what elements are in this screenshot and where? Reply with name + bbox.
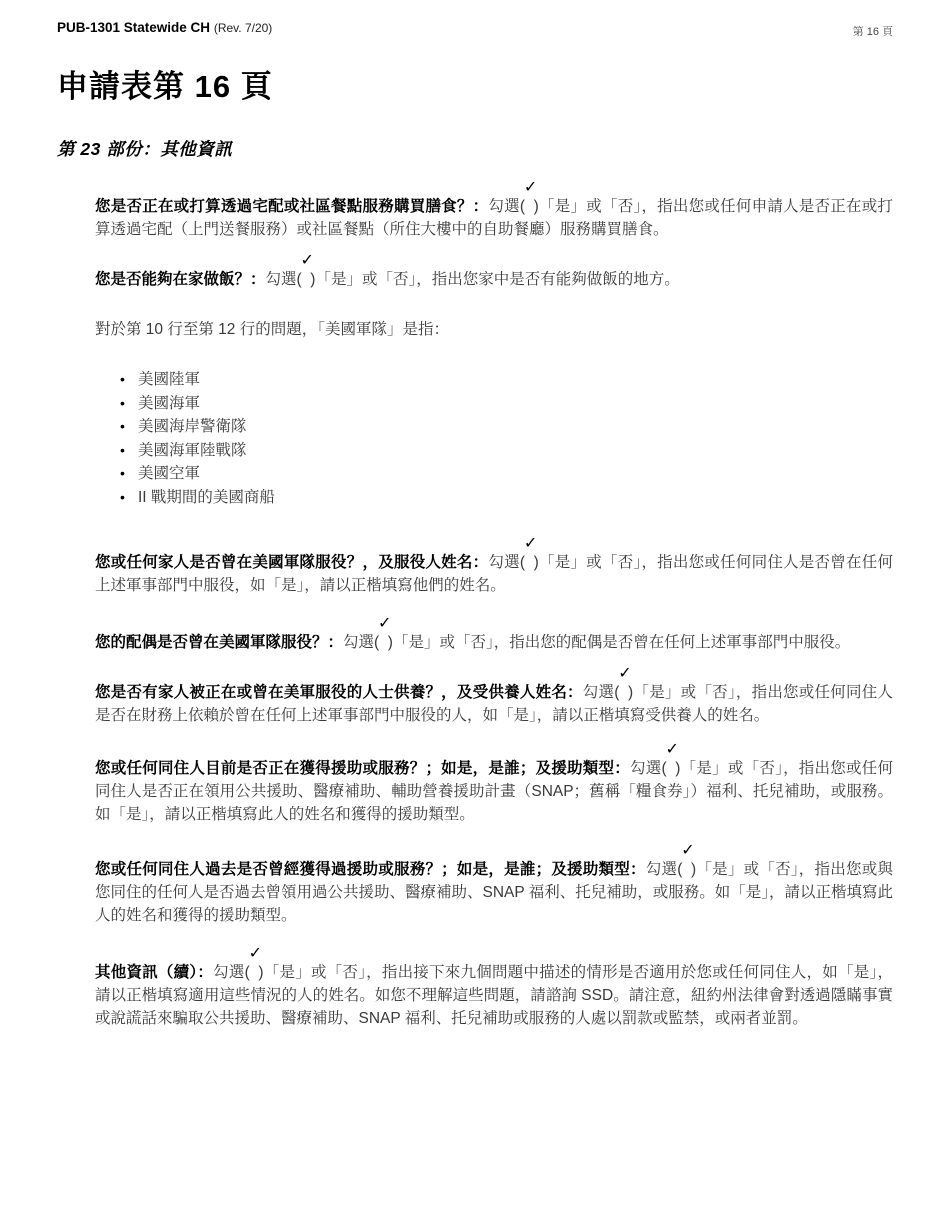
instruction-paragraph-spouse-service: 您的配偶是否曾在美國軍隊服役？：勾選✓( )「是」或「否」，指出您的配偶是否曾在… [95,631,893,654]
paren-blank: ( ) [520,554,539,571]
body-text: 勾選 [646,861,677,878]
body-text: 勾選 [343,634,374,651]
question-label: 您是否有家人被正在或曾在美軍服役的人士供養？，及受供養人姓名： [95,684,583,701]
check-parentheses: ✓( ) [374,631,393,654]
body-text: 「是」或「否」，指出您家中是否有能夠做飯的地方。 [315,271,679,288]
bullet-icon: • [120,392,138,416]
check-parentheses: ✓( ) [520,551,539,574]
instruction-paragraph-family-service: 您或任何家人是否曾在美國軍隊服役？，及服役人姓名：勾選✓( )「是」或「否」，指… [95,551,893,597]
list-item: •美國空軍 [120,462,893,486]
paren-blank: ( ) [614,684,633,701]
bullet-icon: • [120,439,138,463]
check-parentheses: ✓( ) [677,858,696,881]
question-label: 您是否能夠在家做飯？： [95,271,266,288]
instruction-paragraph-current-assistance: 您或任何同住人目前是否正在獲得援助或服務？；如是，是誰；及援助類型：勾選✓( )… [95,757,893,826]
checkmark-icon: ✓ [666,742,679,758]
checkmark-icon: ✓ [618,666,631,682]
paren-blank: ( ) [520,198,539,215]
body-text: 勾選 [266,271,297,288]
paren-blank: ( ) [245,964,264,981]
document-revision: (Rev. 7/20) [214,21,272,35]
list-item: •美國海軍陸戰隊 [120,439,893,463]
document-page: PUB-1301 Statewide CH (Rev. 7/20) 第 16 頁… [0,0,950,1230]
section-heading: 第 23 部份：其他資訊 [57,136,893,161]
check-parentheses: ✓( ) [662,757,681,780]
paren-blank: ( ) [374,634,393,651]
body-text: 「是」或「否」，指出您的配偶是否曾在任何上述軍事部門中服役。 [393,634,850,651]
instruction-paragraph-other-info: 其他資訊（續）：勾選✓( )「是」或「否」，指出接下來九個問題中描述的情形是否適… [95,961,893,1030]
instruction-paragraph-dependents: 您是否有家人被正在或曾在美軍服役的人士供養？，及受供養人姓名：勾選✓( )「是」… [95,681,893,727]
military-branch-list: •美國陸軍 •美國海軍 •美國海岸警衛隊 •美國海軍陸戰隊 •美國空軍 •II … [120,368,893,509]
checkmark-icon: ✓ [681,843,694,859]
question-label: 您是否正在或打算透過宅配或社區餐點服務購買膳食？： [95,198,488,215]
body-text: 勾選 [488,554,519,571]
list-item-label: 美國空軍 [138,465,200,482]
question-label: 其他資訊（續）： [95,964,213,981]
list-item-label: II 戰期間的美國商船 [138,489,275,506]
checkmark-icon: ✓ [378,616,391,632]
list-item: •美國海岸警衛隊 [120,415,893,439]
check-parentheses: ✓( ) [245,961,264,984]
body-text: 勾選 [583,684,614,701]
check-parentheses: ✓( ) [614,681,633,704]
list-item: •美國陸軍 [120,368,893,392]
list-item: •II 戰期間的美國商船 [120,486,893,510]
body-text: 勾選 [630,760,661,777]
question-label: 您或任何家人是否曾在美國軍隊服役？，及服役人姓名： [95,554,488,571]
bullet-icon: • [120,368,138,392]
bullet-icon: • [120,486,138,510]
question-label: 您的配偶是否曾在美國軍隊服役？： [95,634,343,651]
list-item-label: 美國陸軍 [138,371,200,388]
page-number: 第 16 頁 [853,20,893,39]
list-item: •美國海軍 [120,392,893,416]
body-text: 勾選 [488,198,519,215]
checkmark-icon: ✓ [249,946,262,962]
question-label: 您或任何同住人目前是否正在獲得援助或服務？；如是，是誰；及援助類型： [95,760,630,777]
page-title: 申請表第 16 頁 [57,61,893,106]
intro-line-military-definition: 對於第 10 行至第 12 行的問題，「美國軍隊」是指： [95,318,893,341]
body-text: 勾選 [213,964,244,981]
list-item-label: 美國海軍陸戰隊 [138,442,247,459]
page-header: PUB-1301 Statewide CH (Rev. 7/20) 第 16 頁 [57,20,893,39]
paren-blank: ( ) [662,760,681,777]
bullet-icon: • [120,415,138,439]
paren-blank: ( ) [677,861,696,878]
instruction-paragraph-past-assistance: 您或任何同住人過去是否曾經獲得過援助或服務？；如是，是誰；及援助類型：勾選✓( … [95,858,893,927]
list-item-label: 美國海岸警衛隊 [138,418,247,435]
question-label: 您或任何同住人過去是否曾經獲得過援助或服務？；如是，是誰；及援助類型： [95,861,646,878]
instruction-paragraph-meals: 您是否正在或打算透過宅配或社區餐點服務購買膳食？：勾選✓( )「是」或「否」，指… [95,195,893,241]
check-parentheses: ✓( ) [520,195,539,218]
paren-blank: ( ) [297,271,316,288]
checkmark-icon: ✓ [524,180,537,196]
instruction-paragraph-cooking: 您是否能夠在家做飯？：勾選✓( )「是」或「否」，指出您家中是否有能夠做飯的地方… [95,268,893,291]
bullet-icon: • [120,462,138,486]
check-parentheses: ✓( ) [297,268,316,291]
checkmark-icon: ✓ [301,253,314,269]
list-item-label: 美國海軍 [138,395,200,412]
document-id-code: PUB-1301 Statewide CH [57,20,210,35]
document-id: PUB-1301 Statewide CH (Rev. 7/20) [57,20,272,35]
checkmark-icon: ✓ [524,536,537,552]
